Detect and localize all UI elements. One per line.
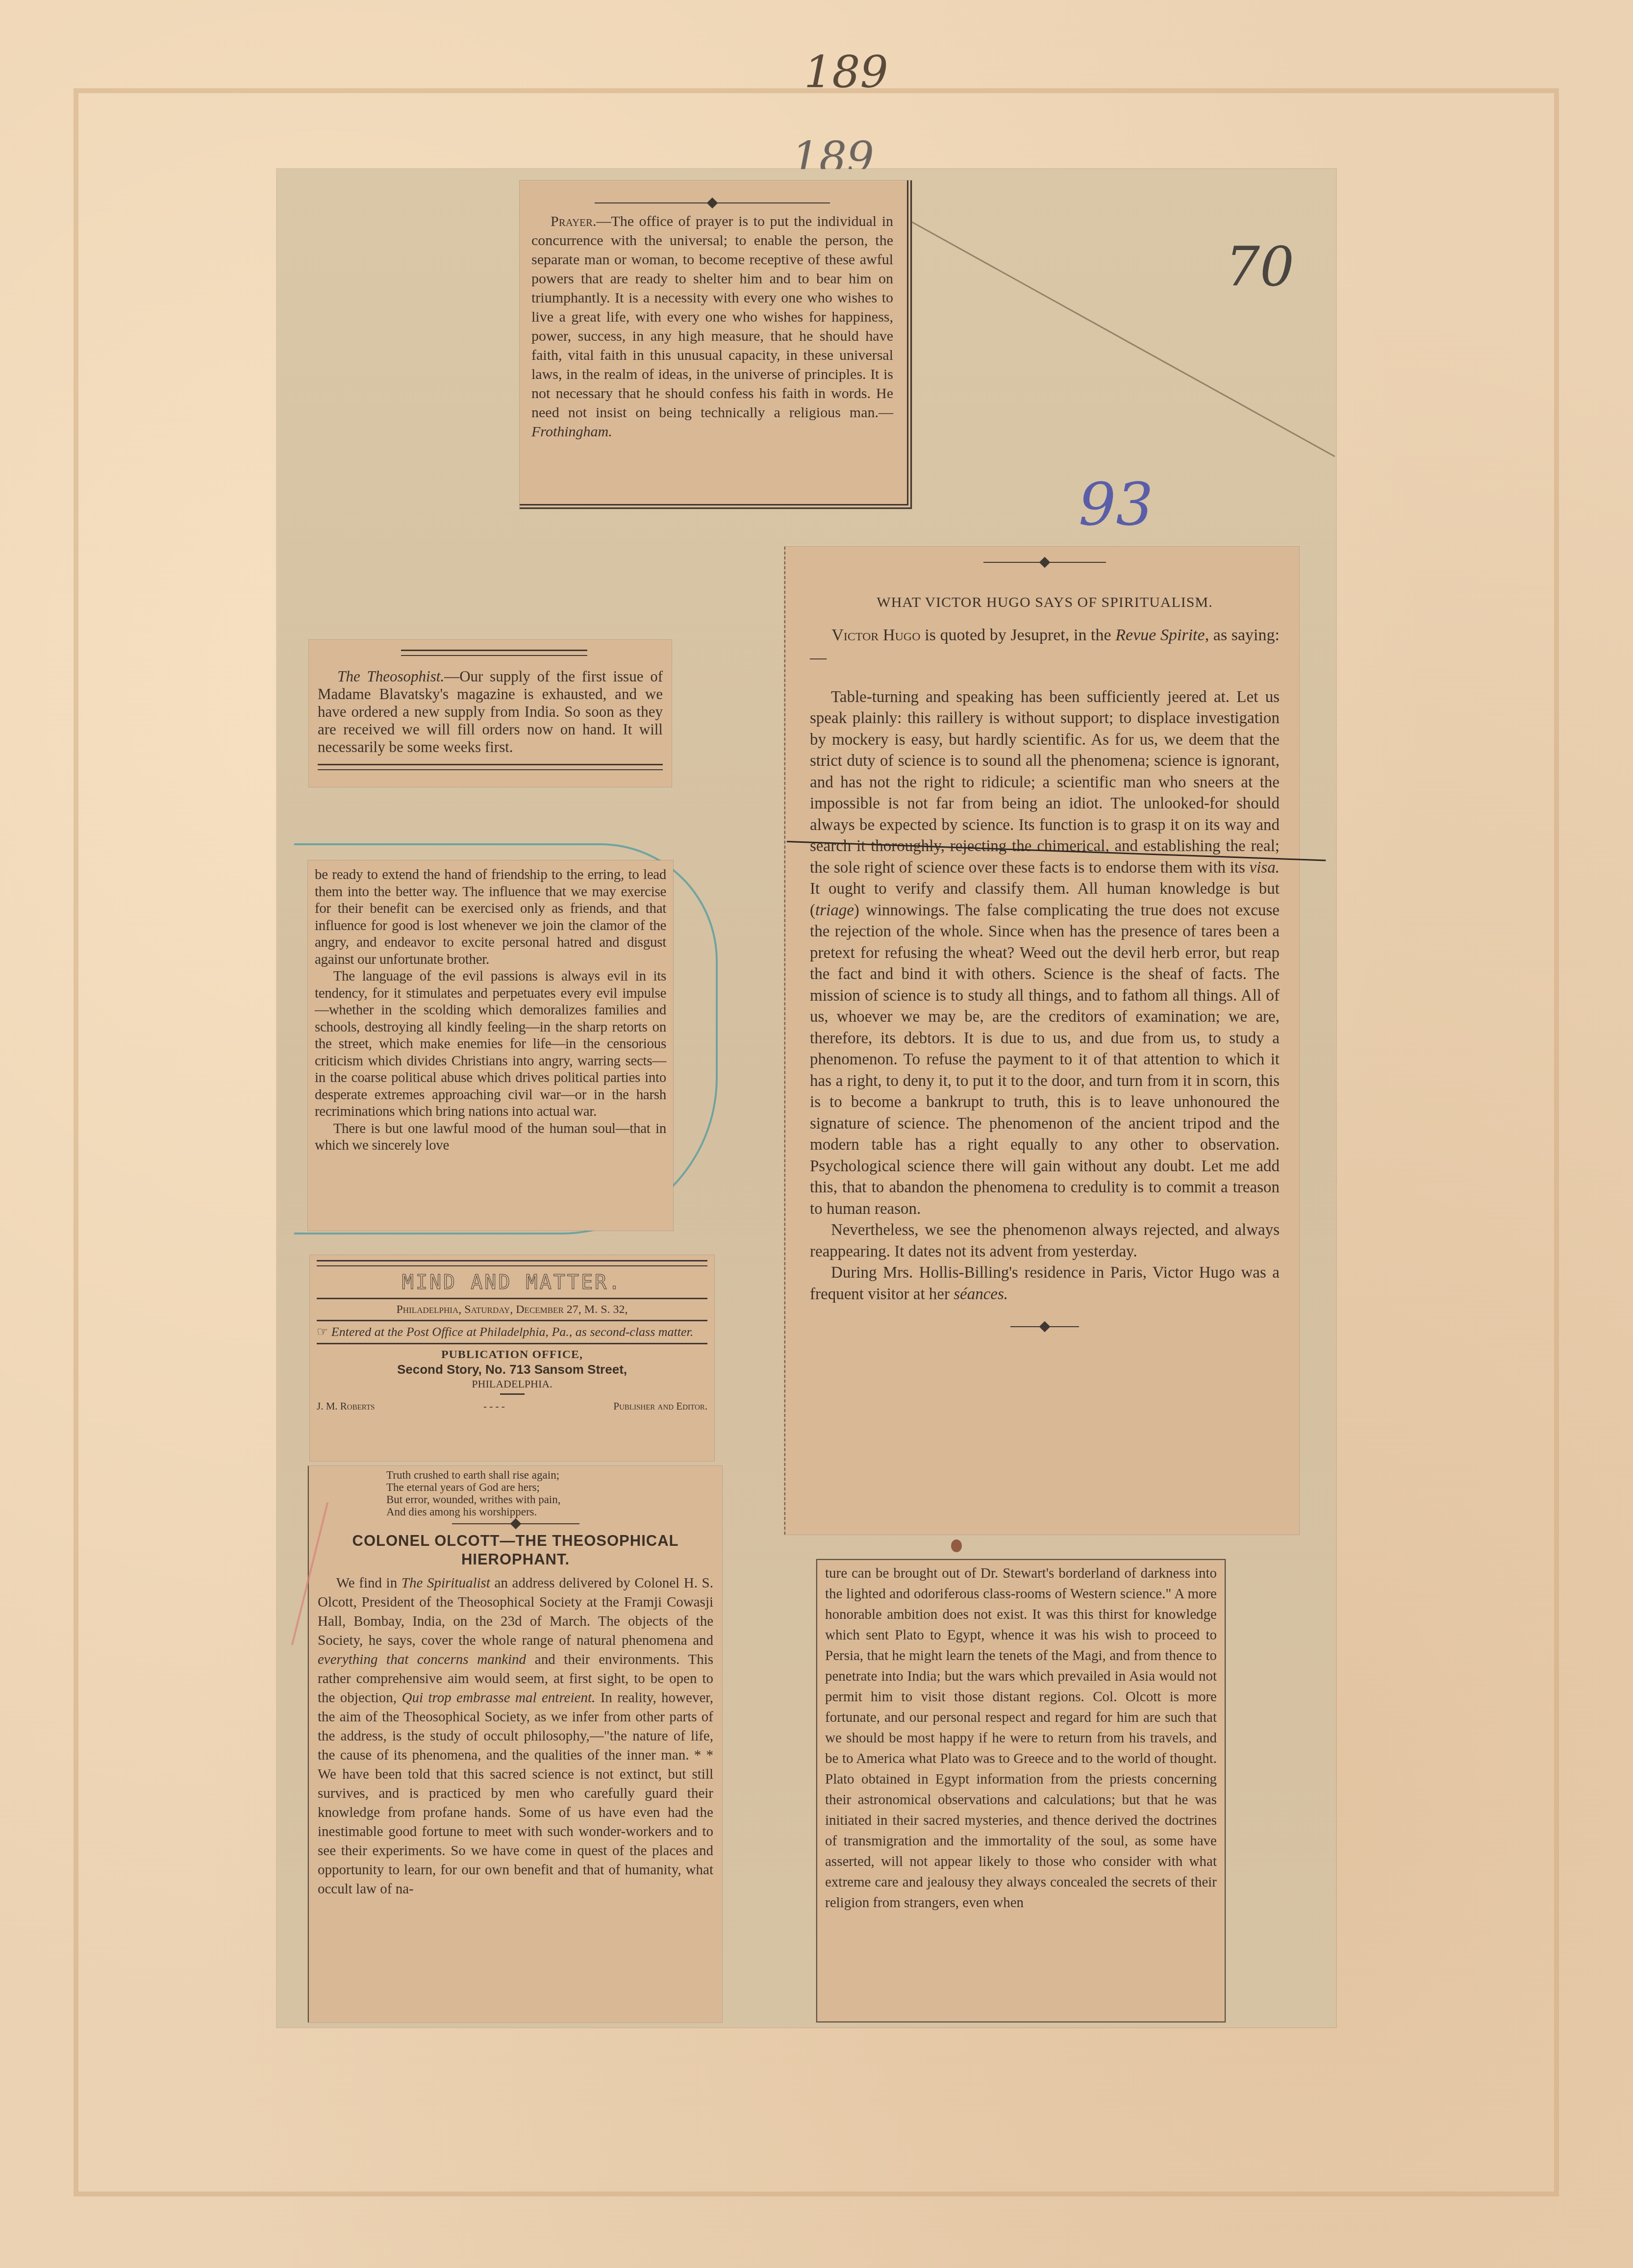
victor-hugo-para-2: Nevertheless, we see the phenomenon alwa… [810,1220,1280,1262]
pointing-hand-icon: ☞ [317,1325,328,1339]
victor-hugo-para-1: Table-turning and speaking has been suff… [810,687,1280,1220]
victor-hugo-intro: Victor Hugo is quoted by Jesupret, in th… [810,624,1280,669]
ornament-divider [1010,1325,1079,1329]
verse-line: The eternal years of God are hers; [386,1481,713,1493]
prayer-lead: Prayer. [551,213,596,229]
vh-text: During Mrs. Hollis-Billing's residence i… [810,1264,1280,1303]
rule [317,1320,707,1321]
handwritten-page-number-ink: 189 [804,47,888,98]
prayer-body: —The office of prayer is to put the indi… [531,213,893,421]
olcott-verse: Truth crushed to earth shall rise again;… [318,1469,713,1518]
clipping-friendship: be ready to extend the hand of friendshi… [308,860,673,1231]
rule [317,1343,707,1344]
olcott-continued-body: ture can be brought out of Dr. Stewart's… [825,1563,1217,1913]
short-rule [500,1393,525,1395]
olcott-body: We find in The Spiritualist an address d… [318,1574,713,1899]
clipping-olcott: Truth crushed to earth shall rise again;… [308,1466,722,2022]
friendship-para-2: The language of the evil passions is alw… [315,968,666,1120]
publisher-line: J. M. Roberts - - - - Publisher and Edit… [317,1399,707,1413]
publisher-role: Publisher and Editor. [613,1399,707,1413]
theosophist-text: The Theosophist.—Our supply of the first… [318,668,663,756]
olcott-text: In reality, however, the aim of the Theo… [318,1690,713,1897]
publisher-dots: - - - - [483,1399,505,1413]
ink-stain [951,1539,962,1552]
vh-text: is quoted by Jesupret, in the [921,626,1116,644]
vh-italic: séances. [954,1285,1008,1303]
clipping-theosophist: The Theosophist.—Our supply of the first… [309,640,672,787]
verse-line: And dies among his worshippers. [386,1506,713,1518]
double-rule [317,1260,707,1266]
olcott-text: We find in [336,1575,402,1591]
handwritten-number-70: 70 [1226,235,1294,298]
handwritten-number-93-blue: 93 [1079,471,1154,539]
ornament-divider [452,1522,579,1526]
clipping-prayer: Prayer.—The office of prayer is to put t… [520,180,912,509]
rule [317,1298,707,1299]
vh-italic: visa. [1250,859,1280,877]
publication-city: PHILADELPHIA. [317,1377,707,1391]
friendship-para-1: be ready to extend the hand of friendshi… [315,866,666,968]
olcott-italic: The Spiritualist [402,1575,490,1591]
postal-notice: ☞ Entered at the Post Office at Philadel… [317,1324,707,1340]
publication-office-heading: PUBLICATION OFFICE, [317,1347,707,1362]
vh-italic: triage [815,902,854,919]
clipping-masthead: MIND AND MATTER. Philadelphia, Saturday,… [310,1255,714,1461]
vh-text: Table-turning and speaking has been suff… [810,688,1280,877]
verse-line: But error, wounded, writhes with pain, [386,1493,713,1506]
theosophist-lead: The Theosophist. [337,668,444,685]
olcott-italic: Qui trop embrasse mal entreient. [402,1690,595,1706]
publisher-name: J. M. Roberts [317,1399,375,1413]
publication-address: Second Story, No. 713 Sansom Street, [317,1362,707,1377]
clipping-victor-hugo: WHAT VICTOR HUGO SAYS OF SPIRITUALISM. V… [784,547,1299,1535]
double-rule [401,650,587,656]
masthead-title: MIND AND MATTER. [317,1270,707,1295]
friendship-para-3: There is but one lawful mood of the huma… [315,1120,666,1154]
victor-hugo-para-3: During Mrs. Hollis-Billing's residence i… [810,1262,1280,1305]
prayer-text: Prayer.—The office of prayer is to put t… [531,212,893,441]
verse-line: Truth crushed to earth shall rise again; [386,1469,713,1481]
clipping-olcott-continued: ture can be brought out of Dr. Stewart's… [816,1559,1226,2022]
postal-notice-text: Entered at the Post Office at Philadelph… [331,1325,693,1339]
prayer-attribution: Frothingham. [531,424,612,440]
vh-italic: Revue Spirite [1115,626,1205,644]
ornament-divider [595,201,830,205]
vh-name: Victor Hugo [831,626,920,644]
ornament-divider [983,560,1106,564]
olcott-headline: COLONEL OLCOTT—THE THEOSOPHICAL HIEROPHA… [318,1532,713,1569]
masthead-dateline: Philadelphia, Saturday, December 27, M. … [317,1302,707,1317]
double-rule [318,764,663,770]
vh-text: ) winnowings. The false complicating the… [810,902,1280,1218]
olcott-italic: everything that concerns mankind [318,1652,526,1667]
victor-hugo-headline: WHAT VICTOR HUGO SAYS OF SPIRITUALISM. [810,592,1280,613]
